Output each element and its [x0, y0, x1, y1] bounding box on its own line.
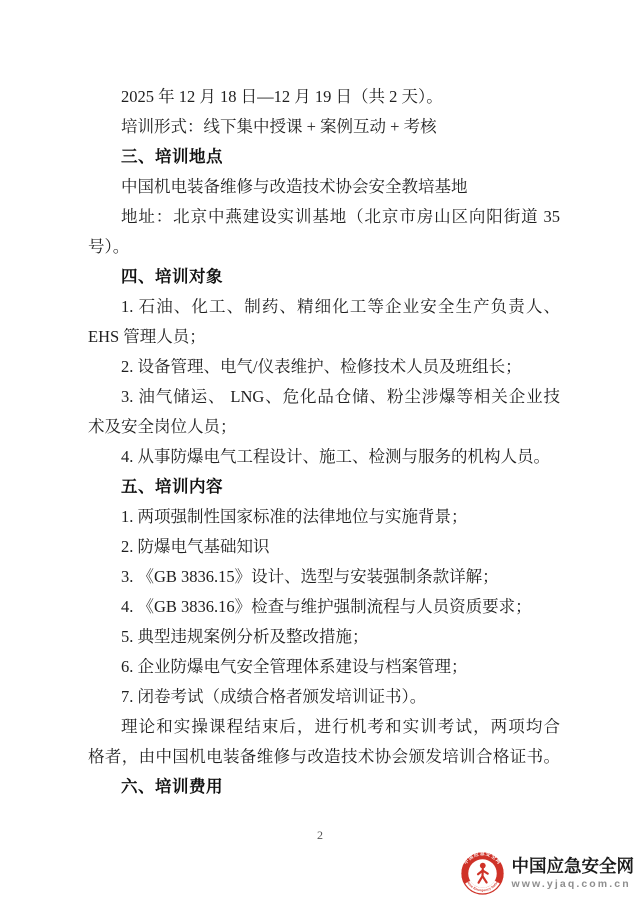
- document-line: 格者，由中国机电装备维修与改造技术协会颁发培训合格证书。: [88, 742, 560, 772]
- document-line: 中国机电装备维修与改造技术协会安全教培基地: [88, 172, 560, 202]
- document-line: 1. 石油、化工、制药、精细化工等企业安全生产负责人、: [88, 292, 560, 322]
- emergency-safety-logo-icon: 中国应急安全网 China Emergency Safety: [460, 851, 505, 896]
- document-line: 培训形式：线下集中授课 + 案例互动 + 考核: [88, 112, 560, 142]
- document-line: 5. 典型违规案例分析及整改措施；: [88, 622, 560, 652]
- document-line: 3. 油气储运、 LNG、危化品仓储、粉尘涉爆等相关企业技: [88, 382, 560, 412]
- document-line: 1. 两项强制性国家标准的法律地位与实施背景；: [88, 502, 560, 532]
- footer-site-url: www.yjaq.com.cn: [512, 878, 631, 891]
- document-page: 2025 年 12 月 18 日—12 月 19 日（共 2 天）。 培训形式：…: [0, 0, 640, 905]
- document-line: 2025 年 12 月 18 日—12 月 19 日（共 2 天）。: [88, 82, 560, 112]
- document-body: 2025 年 12 月 18 日—12 月 19 日（共 2 天）。 培训形式：…: [88, 82, 560, 802]
- document-line: 4. 从事防爆电气工程设计、施工、检测与服务的机构人员。: [88, 442, 560, 472]
- footer-brand-block: 中国应急安全网 www.yjaq.com.cn: [512, 856, 635, 891]
- site-footer: 中国应急安全网 China Emergency Safety 中国应急安全网 w…: [460, 851, 635, 896]
- document-line: 2. 防爆电气基础知识: [88, 532, 560, 562]
- section-heading-fees: 六、培训费用: [88, 772, 560, 802]
- document-line: 号）。: [88, 232, 560, 262]
- document-line: 地址：北京中燕建设实训基地（北京市房山区向阳街道 35: [88, 202, 560, 232]
- document-line: 2. 设备管理、电气/仪表维护、检修技术人员及班组长；: [88, 352, 560, 382]
- page-number: 2: [0, 828, 640, 843]
- document-line: 术及安全岗位人员；: [88, 412, 560, 442]
- document-line: 7. 闭卷考试（成绩合格者颁发培训证书）。: [88, 682, 560, 712]
- document-line: 理论和实操课程结束后，进行机考和实训考试，两项均合: [88, 712, 560, 742]
- section-heading-audience: 四、培训对象: [88, 262, 560, 292]
- document-line: 3. 《GB 3836.15》设计、选型与安装强制条款详解；: [88, 562, 560, 592]
- footer-brand-name: 中国应急安全网: [512, 856, 635, 877]
- section-heading-content: 五、培训内容: [88, 472, 560, 502]
- document-line: 6. 企业防爆电气安全管理体系建设与档案管理；: [88, 652, 560, 682]
- document-line: 4. 《GB 3836.16》检查与维护强制流程与人员资质要求；: [88, 592, 560, 622]
- document-line: EHS 管理人员；: [88, 322, 560, 352]
- section-heading-location: 三、培训地点: [88, 142, 560, 172]
